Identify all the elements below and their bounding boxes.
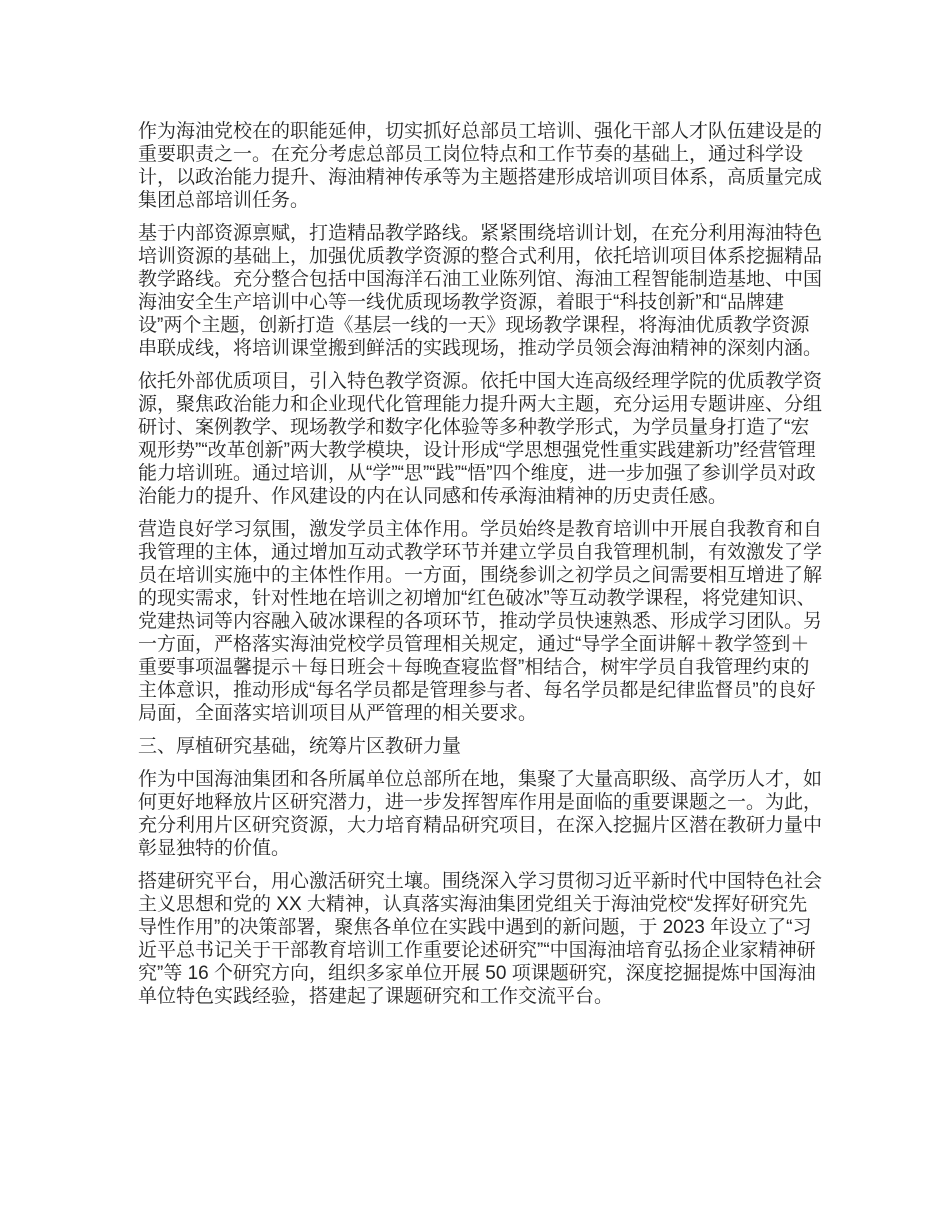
paragraph-internal-resources: 基于内部资源禀赋，打造精品教学路线。紧紧围绕培训计划，在充分利用海油特色培训资源…: [138, 222, 824, 360]
paragraph-external-projects: 依托外部优质项目，引入特色教学资源。依托中国大连高级经理学院的优质教学资源，聚焦…: [138, 370, 824, 508]
paragraph-training-duty: 作为海油党校在的职能延伸，切实抓好总部员工培训、强化干部人才队伍建设是的重要职责…: [138, 120, 824, 212]
section-heading-research-foundation: 三、厚植研究基础，统筹片区教研力量: [138, 735, 824, 758]
paragraph-research-platform: 搭建研究平台，用心激活研究土壤。围绕深入学习贯彻习近平新时代中国特色社会主义思想…: [138, 870, 824, 1008]
document-body: 作为海油党校在的职能延伸，切实抓好总部员工培训、强化干部人才队伍建设是的重要职责…: [138, 120, 824, 1008]
paragraph-learning-atmosphere: 营造良好学习氛围，激发学员主体作用。学员始终是教育培训中开展自我教育和自我管理的…: [138, 518, 824, 725]
paragraph-research-potential: 作为中国海油集团和各所属单位总部所在地，集聚了大量高职级、高学历人才，如何更好地…: [138, 768, 824, 860]
